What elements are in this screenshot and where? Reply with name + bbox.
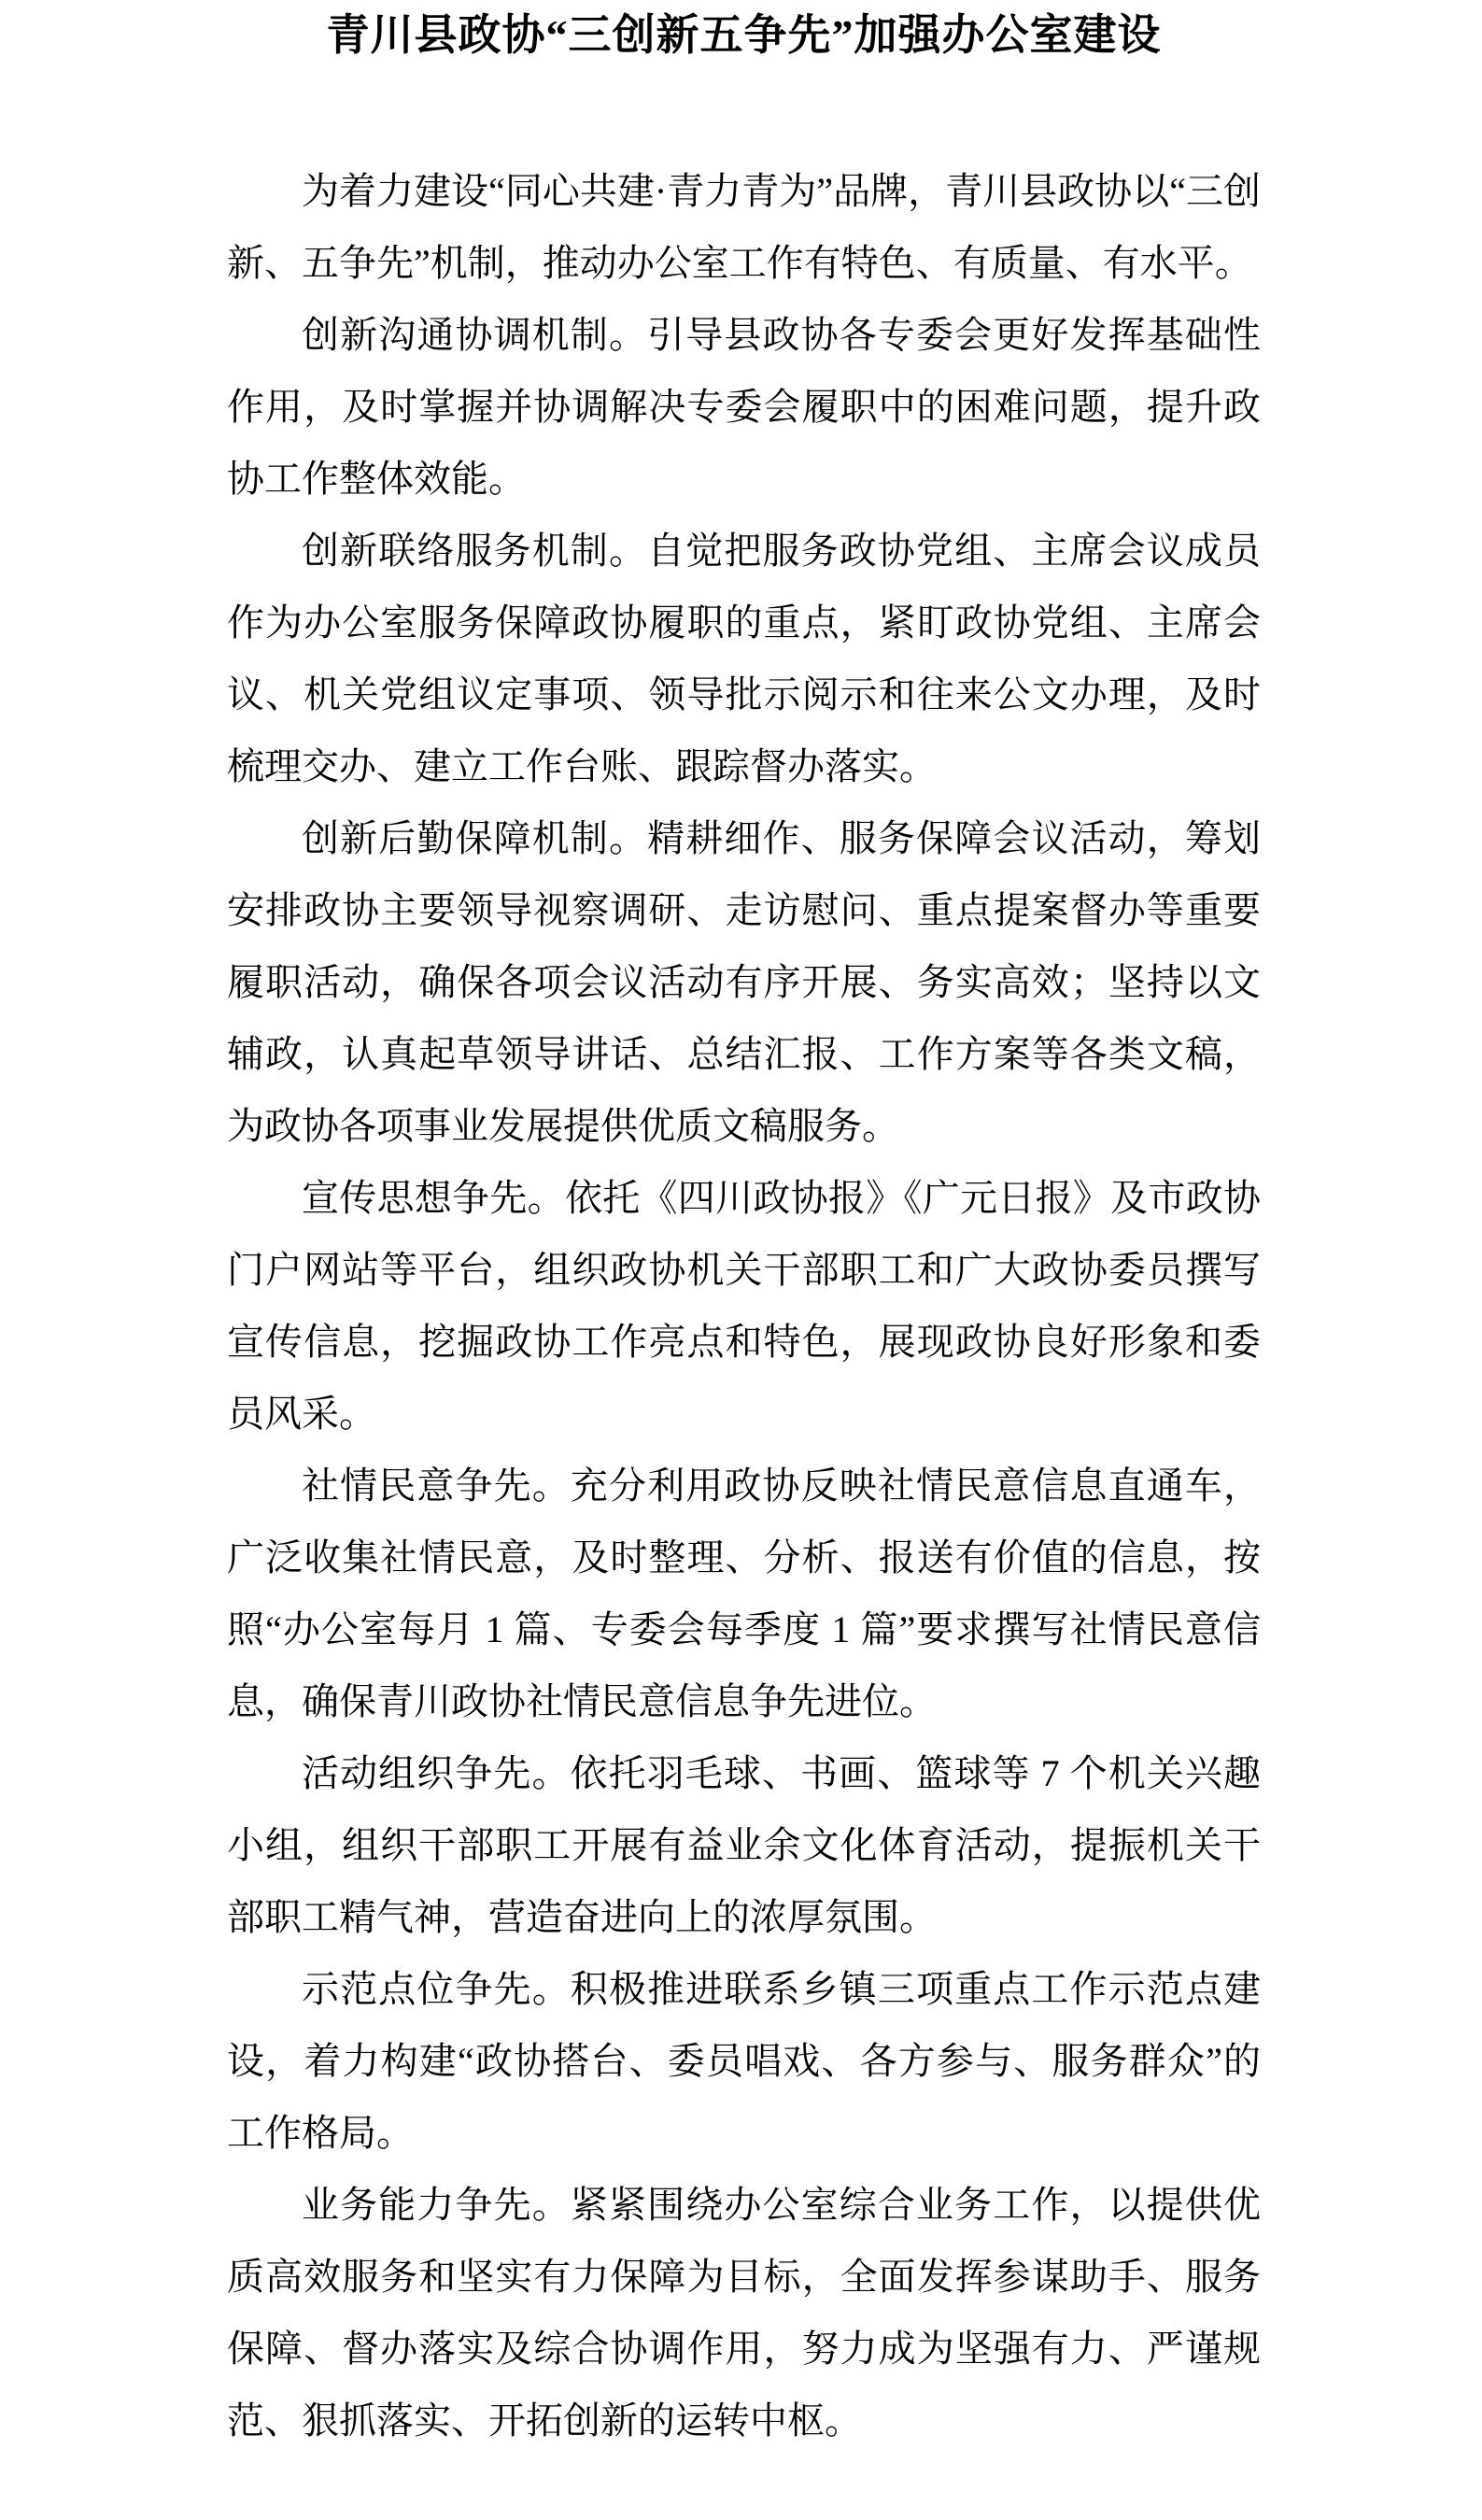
paragraph-intro: 为着力建设“同心共建·青力青为”品牌，青川县政协以“三创新、五争先”机制，推动办… bbox=[227, 155, 1261, 299]
paragraph-activity-organization-first: 活动组织争先。依托羽毛球、书画、篮球等 7 个机关兴趣小组，组织干部职工开展有益… bbox=[227, 1737, 1261, 1953]
paragraph-publicity-first: 宣传思想争先。依托《四川政协报》《广元日报》及市政协门户网站等平台，组织政协机关… bbox=[227, 1162, 1261, 1450]
paragraph-innovate-logistics: 创新后勤保障机制。精耕细作、服务保障会议活动，筹划安排政协主要领导视察调研、走访… bbox=[227, 802, 1261, 1162]
paragraph-innovate-communication: 创新沟通协调机制。引导县政协各专委会更好发挥基础性作用，及时掌握并协调解决专委会… bbox=[227, 299, 1261, 515]
paragraph-innovate-liaison: 创新联络服务机制。自觉把服务政协党组、主席会议成员作为办公室服务保障政协履职的重… bbox=[227, 515, 1261, 802]
document-page: 青川县政协“三创新五争先”加强办公室建设 为着力建设“同心共建·青力青为”品牌，… bbox=[0, 0, 1482, 2520]
document-body: 为着力建设“同心共建·青力青为”品牌，青川县政协以“三创新、五争先”机制，推动办… bbox=[227, 155, 1261, 2456]
paragraph-business-capability-first: 业务能力争先。紧紧围绕办公室综合业务工作，以提供优质高效服务和坚实有力保障为目标… bbox=[227, 2169, 1261, 2456]
document-title: 青川县政协“三创新五争先”加强办公室建设 bbox=[227, 6, 1261, 65]
paragraph-public-opinion-first: 社情民意争先。充分利用政协反映社情民意信息直通车，广泛收集社情民意，及时整理、分… bbox=[227, 1450, 1261, 1737]
paragraph-demonstration-sites-first: 示范点位争先。积极推进联系乡镇三项重点工作示范点建设，着力构建“政协搭台、委员唱… bbox=[227, 1953, 1261, 2169]
